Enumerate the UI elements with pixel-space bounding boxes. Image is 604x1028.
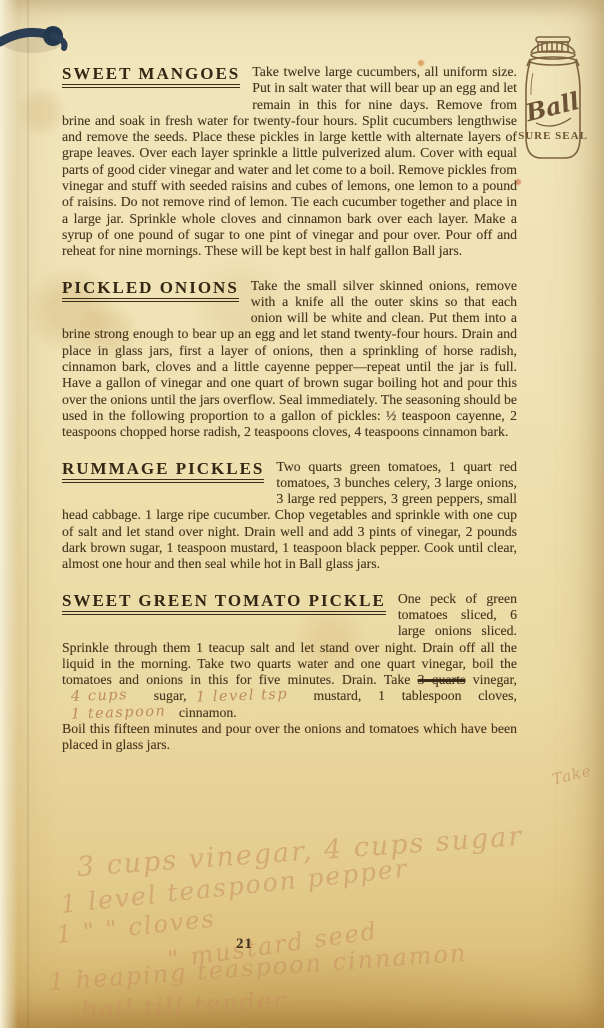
recipe-section: SWEET MANGOESTake twelve large cucumbers… — [62, 64, 517, 260]
handwritten-correction: 4 cups — [62, 687, 138, 706]
pencil-note: boil till tender. — [81, 986, 295, 1025]
recipe-title: PICKLED ONIONS — [62, 278, 239, 311]
recipe-section: RUMMAGE PICKLESTwo quarts green tomatoes… — [62, 459, 517, 573]
recipe-title: SWEET MANGOES — [62, 64, 240, 97]
recipe-title-text: SWEET GREEN TOMATO PICKLE — [62, 591, 386, 615]
recipe-section: PICKLED ONIONSTake the small silver skin… — [62, 278, 517, 441]
handwritten-correction: 1 teaspoon — [62, 703, 176, 723]
recipe-title-text: RUMMAGE PICKLES — [62, 459, 264, 483]
recipe-section: SWEET GREEN TOMATO PICKLEOne peck of gre… — [62, 591, 517, 754]
fold-crease — [27, 0, 29, 1028]
ball-jar-logo: Ball SURE SEAL — [510, 33, 596, 169]
printed-text: sugar, — [137, 688, 187, 703]
recipe-title-text: SWEET MANGOES — [62, 64, 240, 88]
recipe-title: RUMMAGE PICKLES — [62, 459, 264, 492]
recipe-title-text: PICKLED ONIONS — [62, 278, 239, 302]
page-number: 21 — [236, 936, 253, 953]
printed-text: cinnamon. — [175, 705, 236, 720]
cookbook-page: Ball SURE SEAL SWEET MANGOESTake twelve … — [0, 0, 604, 1028]
handwritten-correction: 1 level tsp — [186, 686, 297, 706]
recipes-container: SWEET MANGOESTake twelve large cucumbers… — [62, 64, 517, 772]
page-left-edge — [0, 0, 18, 1028]
printed-text: vinegar, — [465, 672, 517, 687]
margin-note: Take — [550, 761, 593, 788]
recipe-title: SWEET GREEN TOMATO PICKLE — [62, 591, 386, 624]
binding-thread — [0, 20, 86, 60]
printed-text: mustard, 1 tablespoon cloves, — [297, 688, 517, 703]
jar-sureseal-text: SURE SEAL — [518, 130, 588, 142]
struck-text: 3 quarts — [418, 672, 466, 687]
printed-text: Boil this fifteen minutes and pour over … — [62, 721, 517, 752]
